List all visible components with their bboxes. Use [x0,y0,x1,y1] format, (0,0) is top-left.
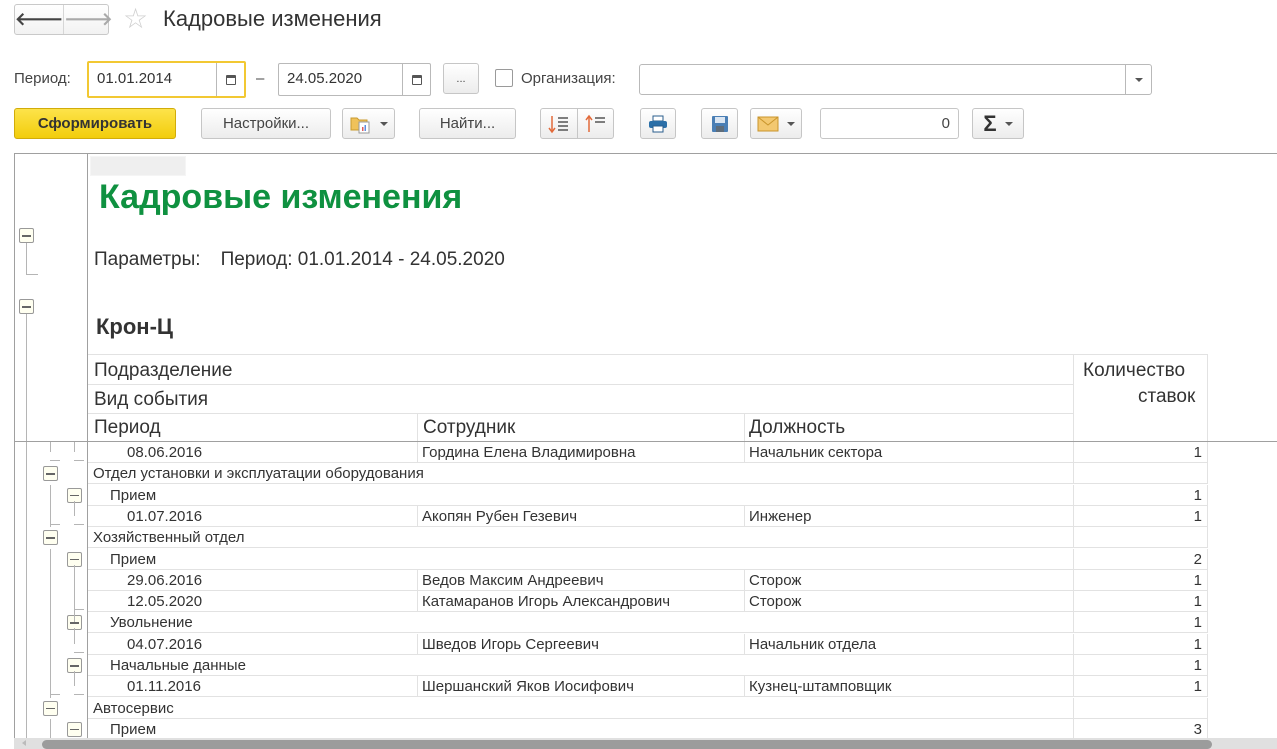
period-label: Период: [14,70,71,87]
period-cell: 12.05.2020 [127,593,202,610]
calendar-icon [412,75,422,85]
count-cell: 1 [1194,487,1202,504]
report-variants-icon [350,114,372,134]
organization-label: Организация: [521,70,616,87]
position-cell: Инженер [749,508,811,525]
date-from-field[interactable]: 01.01.2014 [87,61,246,98]
department-name: Хозяйственный отдел [93,529,245,546]
params-value: Период: 01.01.2014 - 24.05.2020 [221,249,505,270]
event-type-row[interactable]: Увольнение1 [88,612,1208,633]
organization-heading: Крон-Ц [96,314,173,340]
sort-asc-button[interactable] [577,108,614,139]
params-label: Параметры: [94,249,201,270]
sum-field: 0 [820,108,959,139]
period-cell: 29.06.2016 [127,572,202,589]
organization-dropdown-button[interactable] [1125,65,1151,94]
sort-desc-button[interactable] [540,108,578,139]
back-button[interactable]: 🡐 [15,5,64,34]
print-button[interactable] [640,108,676,139]
event-type-name: Увольнение [110,614,193,631]
report-header-bar [90,156,186,176]
find-button[interactable]: Найти... [419,108,516,139]
header-period: Период [94,417,161,439]
department-name: Отдел установки и эксплуатации оборудова… [93,465,424,482]
chevron-down-icon [380,122,388,126]
header-event-type: Вид события [94,389,208,411]
count-cell: 3 [1194,721,1202,738]
period-cell: 01.11.2016 [127,678,201,695]
period-choose-button[interactable]: ... [443,63,479,94]
header-position: Должность [749,417,845,439]
report-title: Кадровые изменения [99,178,462,217]
history-nav: 🡐 🡒 [14,4,109,35]
period-cell: 01.07.2016 [127,508,202,525]
chevron-down-icon [787,122,795,126]
date-from-calendar-button[interactable] [216,63,244,96]
position-cell: Начальник отдела [749,636,876,653]
date-to-calendar-button[interactable] [402,64,430,95]
date-to-value[interactable]: 24.05.2020 [279,64,402,95]
generate-button[interactable]: Сформировать [14,108,176,139]
event-type-row[interactable]: Начальные данные1 [88,655,1208,676]
header-count-line2: ставок [1138,386,1195,408]
department-row[interactable]: Отдел установки и эксплуатации оборудова… [88,463,1208,484]
count-cell: 1 [1194,444,1202,461]
department-row[interactable]: Хозяйственный отдел [88,527,1208,548]
employee-cell: Гордина Елена Владимировна [422,444,635,461]
count-cell: 2 [1194,551,1202,568]
header-employee: Сотрудник [423,417,515,439]
report-document[interactable]: Кадровые изменения Параметры:Период: 01.… [14,153,1277,749]
floppy-icon [711,115,729,133]
forward-button[interactable]: 🡒 [64,5,112,34]
date-separator: – [256,70,264,87]
event-type-name: Прием [110,487,156,504]
send-email-button[interactable] [750,108,802,139]
position-cell: Сторож [749,572,801,589]
window-title: Кадровые изменения [163,6,382,32]
scrollbar-thumb[interactable] [42,740,1212,749]
organization-input[interactable] [640,65,1125,94]
collapse-icon[interactable] [43,466,58,481]
star-icon[interactable]: ☆ [123,4,148,34]
count-cell: 1 [1194,678,1202,695]
sort-asc-icon [585,114,607,134]
count-cell: 1 [1194,508,1202,525]
event-type-name: Прием [110,721,156,738]
calendar-icon [226,75,236,85]
table-row[interactable]: 08.06.2016Гордина Елена ВладимировнаНача… [88,442,1208,463]
printer-icon [648,115,668,133]
report-variants-button[interactable] [342,108,395,139]
report-parameters: Параметры:Период: 01.01.2014 - 24.05.202… [94,249,505,271]
position-cell: Кузнец-штамповщик [749,678,891,695]
organization-select[interactable] [639,64,1152,95]
arrow-left-icon: 🡐 [15,9,63,30]
collapse-icon[interactable] [43,701,58,716]
count-cell: 1 [1194,572,1202,589]
event-type-row[interactable]: Прием3 [88,719,1208,740]
employee-cell: Ведов Максим Андреевич [422,572,604,589]
organization-checkbox[interactable] [495,69,513,87]
table-row[interactable]: 01.07.2016Акопян Рубен ГезевичИнженер1 [88,506,1208,527]
grouping-gutter [15,154,88,442]
event-type-row[interactable]: Прием1 [88,485,1208,506]
date-to-field[interactable]: 24.05.2020 [278,63,431,96]
collapse-icon[interactable] [19,299,34,314]
department-row[interactable]: Автосервис [88,698,1208,719]
chevron-down-icon [1005,122,1013,126]
period-cell: 08.06.2016 [127,444,202,461]
save-button[interactable] [701,108,738,139]
count-cell: 1 [1194,657,1202,674]
event-type-name: Прием [110,551,156,568]
sort-desc-icon [548,114,570,134]
table-row[interactable]: 12.05.2020Катамаранов Игорь Александрови… [88,591,1208,612]
collapse-icon[interactable] [19,228,34,243]
employee-cell: Шведов Игорь Сергеевич [422,636,599,653]
employee-cell: Катамаранов Игорь Александрович [422,593,670,610]
collapse-icon[interactable] [43,530,58,545]
horizontal-scrollbar[interactable] [14,738,1277,749]
sigma-icon: Σ [983,111,996,137]
employee-cell: Акопян Рубен Гезевич [422,508,577,525]
sum-mode-button[interactable]: Σ [972,108,1024,139]
table-row[interactable]: 29.06.2016Ведов Максим АндреевичСторож1 [88,570,1208,591]
count-cell: 1 [1194,636,1202,653]
period-cell: 04.07.2016 [127,636,202,653]
count-cell: 1 [1194,614,1202,631]
chevron-down-icon [1135,78,1143,82]
employee-cell: Шершанский Яков Иосифович [422,678,634,695]
table-row[interactable]: 01.11.2016Шершанский Яков ИосифовичКузне… [88,676,1208,697]
event-type-name: Начальные данные [110,657,246,674]
settings-button[interactable]: Настройки... [201,108,331,139]
date-from-value[interactable]: 01.01.2014 [89,63,216,96]
collapse-icon[interactable] [67,722,82,737]
position-cell: Сторож [749,593,801,610]
header-department: Подразделение [94,360,232,382]
envelope-icon [757,116,779,132]
department-name: Автосервис [93,700,174,717]
arrow-right-icon: 🡒 [64,9,112,30]
scroll-left-icon[interactable] [22,740,26,746]
event-type-row[interactable]: Прием2 [88,549,1208,570]
count-cell: 1 [1194,593,1202,610]
table-row[interactable]: 04.07.2016Шведов Игорь СергеевичНачальни… [88,634,1208,655]
position-cell: Начальник сектора [749,444,882,461]
header-count-line1: Количество [1083,360,1185,382]
